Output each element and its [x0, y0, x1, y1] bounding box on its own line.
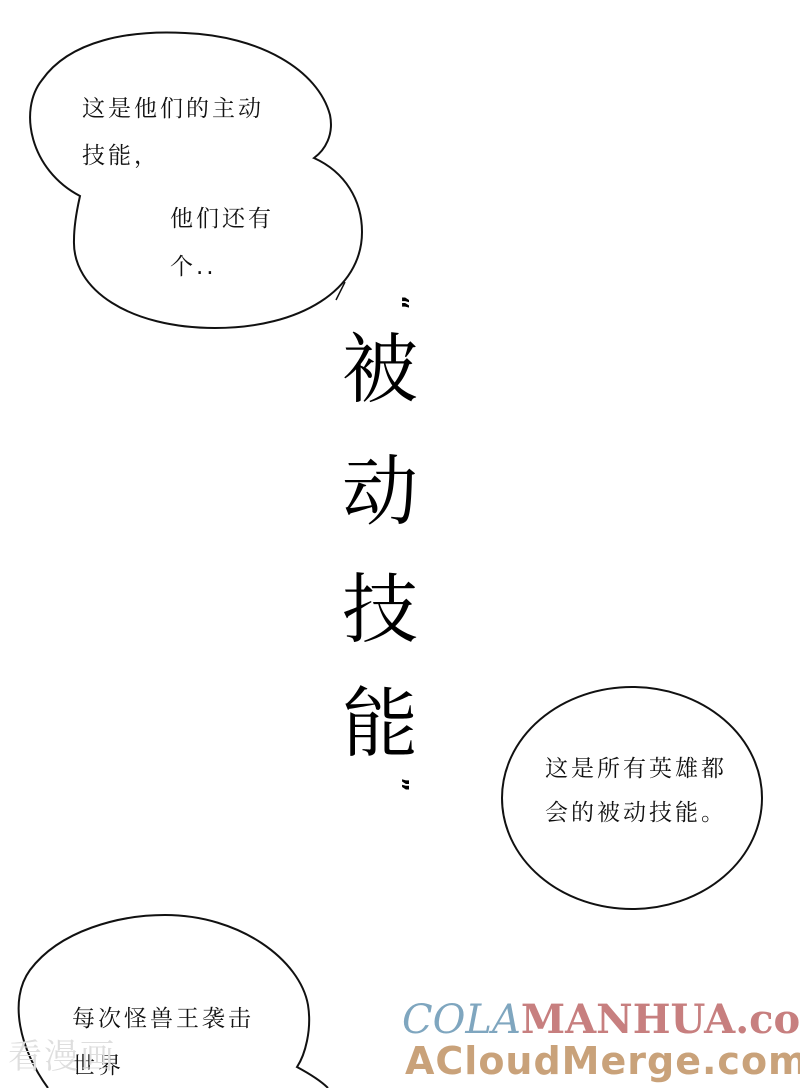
speech-bubble-1: [30, 33, 362, 328]
corner-watermark: 看漫画: [8, 1040, 116, 1074]
title-char-3: 技: [338, 572, 422, 648]
watermark-manhua: MANHUA.com: [521, 996, 800, 1043]
bubble-1-line-3: 他们还有: [170, 208, 274, 231]
site-watermark-1: COLAMANHUA.com: [402, 1000, 800, 1040]
bubble-1-line-2: 技能，: [82, 145, 160, 168]
bubble-1-line-1: 这是他们的主动: [82, 98, 264, 121]
site-watermark-2: ACloudMerge.com: [405, 1042, 800, 1080]
bubble-2-line-1: 这是所有英雄都: [545, 758, 727, 781]
bubble-3-line-1: 每次怪兽王袭击: [72, 1008, 254, 1031]
title-char-1: 被: [338, 332, 422, 408]
bubble-2-line-2: 会的被动技能。: [545, 802, 727, 825]
bubble-1-line-4: 个..: [170, 256, 217, 279]
speech-bubble-2: [502, 687, 762, 909]
open-quote: “: [387, 295, 412, 309]
title-char-4: 能: [338, 686, 422, 762]
close-quote: ”: [387, 777, 412, 791]
title-char-2: 动: [338, 454, 422, 530]
watermark-cola: COLA: [402, 997, 521, 1043]
